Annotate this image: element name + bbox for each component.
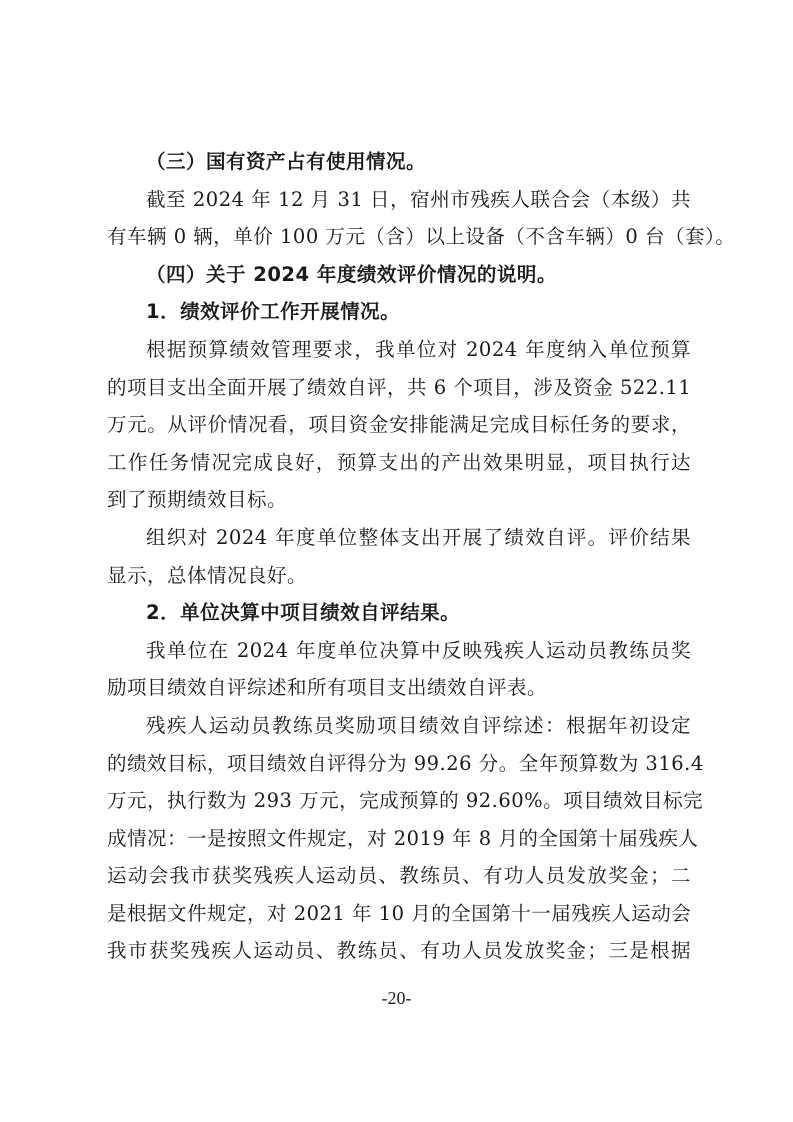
- paragraph-line: 的项目支出全面开展了绩效自评，共 6 个项目，涉及资金 522.11: [107, 369, 691, 407]
- subsection-heading-evaluation-work: 1．绩效评价工作开展情况。: [107, 293, 691, 331]
- paragraph-line: 万元，执行数为 293 万元，完成预算的 92.60%。项目绩效目标完: [107, 782, 691, 820]
- paragraph-line: 根据预算绩效管理要求，我单位对 2024 年度纳入单位预算: [107, 331, 691, 369]
- paragraph-line: 运动会我市获奖残疾人运动员、教练员、有功人员发放奖金；二: [107, 857, 691, 895]
- subsection-heading-project-results: 2．单位决算中项目绩效自评结果。: [107, 594, 691, 632]
- paragraph-line: 我单位在 2024 年度单位决算中反映残疾人运动员教练员奖: [107, 632, 691, 670]
- paragraph-line: 成情况：一是按照文件规定，对 2019 年 8 月的全国第十届残疾人: [107, 820, 691, 858]
- paragraph-line: 励项目绩效自评综述和所有项目支出绩效自评表。: [107, 669, 691, 707]
- paragraph-line: 我市获奖残疾人运动员、教练员、有功人员发放奖金；三是根据: [107, 932, 691, 970]
- section-heading-performance-evaluation: （四）关于 2024 年度绩效评价情况的说明。: [107, 256, 691, 294]
- paragraph-line: 是根据文件规定，对 2021 年 10 月的全国第十一届残疾人运动会: [107, 895, 691, 933]
- paragraph-line: 组织对 2024 年度单位整体支出开展了绩效自评。评价结果: [107, 519, 691, 557]
- paragraph-line: 到了预期绩效目标。: [107, 481, 691, 519]
- document-page: （三）国有资产占有使用情况。 截至 2024 年 12 月 31 日，宿州市残疾…: [107, 143, 691, 970]
- paragraph-line: 的绩效目标，项目绩效自评得分为 99.26 分。全年预算数为 316.4: [107, 745, 691, 783]
- paragraph-line: 显示，总体情况良好。: [107, 557, 691, 595]
- paragraph-line: 万元。从评价情况看，项目资金安排能满足完成目标任务的要求，: [107, 406, 691, 444]
- paragraph-line: 截至 2024 年 12 月 31 日，宿州市残疾人联合会（本级）共: [107, 181, 691, 219]
- page-number: -20-: [0, 988, 793, 1009]
- section-heading-state-assets: （三）国有资产占有使用情况。: [107, 143, 691, 181]
- paragraph-line: 有车辆 0 辆，单价 100 万元（含）以上设备（不含车辆）0 台（套）。: [107, 218, 691, 256]
- paragraph-line: 工作任务情况完成良好，预算支出的产出效果明显，项目执行达: [107, 444, 691, 482]
- paragraph-line: 残疾人运动员教练员奖励项目绩效自评综述：根据年初设定: [107, 707, 691, 745]
